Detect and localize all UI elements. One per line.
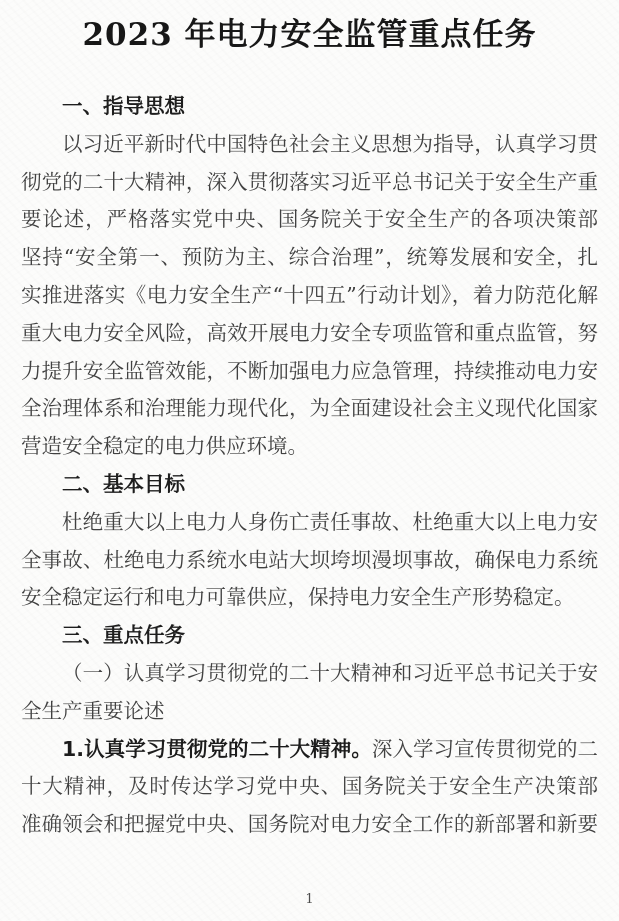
section-heading: 二、基本目标 bbox=[21, 466, 598, 504]
section-heading: 一、指导思想 bbox=[21, 88, 598, 126]
document-title: 2023 年电力安全监管重点任务 bbox=[0, 0, 619, 58]
body-line: 重大电力安全风险，高效开展电力安全专项监管和重点监管，努 bbox=[21, 315, 598, 353]
section-heading: 三、重点任务 bbox=[21, 617, 598, 655]
body-line: 要论述，严格落实党中央、国务院关于安全生产的各项决策部署， bbox=[21, 201, 598, 239]
body-line: 实推进落实《电力安全生产“十四五”行动计划》，着力防范化解 bbox=[21, 277, 598, 315]
body-line: 全治理体系和治理能力现代化，为全面建设社会主义现代化国家 bbox=[21, 390, 598, 428]
page-number: 1 bbox=[0, 892, 619, 908]
document-body: 一、指导思想以习近平新时代中国特色社会主义思想为指导，认真学习贯彻党的二十大精神… bbox=[0, 88, 619, 844]
body-line: 全事故、杜绝电力系统水电站大坝垮坝漫坝事故，确保电力系统 bbox=[21, 542, 598, 580]
body-line: 力提升安全监管效能，不断加强电力应急管理，持续推动电力安 bbox=[21, 353, 598, 391]
body-line: 坚持“安全第一、预防为主、综合治理”，统筹发展和安全，扎 bbox=[21, 239, 598, 277]
body-line: 营造安全稳定的电力供应环境。 bbox=[21, 428, 598, 466]
body-line: 十大精神，及时传达学习党中央、国务院关于安全生产决策部署， bbox=[21, 768, 598, 806]
numbered-item-title: 1.认真学习贯彻党的二十大精神。 bbox=[62, 737, 372, 761]
body-line: 1.认真学习贯彻党的二十大精神。深入学习宣传贯彻党的二 bbox=[21, 731, 598, 769]
body-line: 杜绝重大以上电力人身伤亡责任事故、杜绝重大以上电力安 bbox=[21, 504, 598, 542]
body-line: 安全稳定运行和电力可靠供应，保持电力安全生产形势稳定。 bbox=[21, 579, 598, 617]
body-line: （一）认真学习贯彻党的二十大精神和习近平总书记关于安 bbox=[21, 655, 598, 693]
body-line: 以习近平新时代中国特色社会主义思想为指导，认真学习贯 bbox=[21, 126, 598, 164]
body-line: 准确领会和把握党中央、国务院对电力安全工作的新部署和新要 bbox=[21, 806, 598, 844]
document-page: 2023 年电力安全监管重点任务 一、指导思想以习近平新时代中国特色社会主义思想… bbox=[0, 0, 619, 921]
body-line: 彻党的二十大精神，深入贯彻落实习近平总书记关于安全生产重 bbox=[21, 164, 598, 202]
body-line: 全生产重要论述 bbox=[21, 693, 598, 731]
